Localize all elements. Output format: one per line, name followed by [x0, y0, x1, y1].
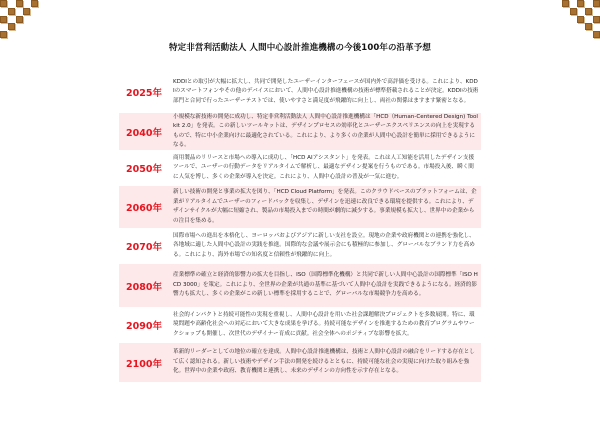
timeline-row: 2100年 革新的リーダーとしての地位の確立を達成。人間中心設計推進機構は、技術… [119, 343, 481, 382]
corner-pattern-right [564, 0, 600, 42]
timeline-description: 革新的リーダーとしての地位の確立を達成。人間中心設計推進機構は、技術と人間中心設… [169, 347, 481, 378]
timeline-year: 2100年 [119, 356, 169, 370]
corner-pattern-left [0, 0, 36, 42]
timeline-description: 社会的インパクトと持続可能性の実現を重視し、人間中心設計を用いた社会課題解決プロ… [169, 310, 481, 341]
timeline-row: 2080年 産業標準の確立と経済的影響力の拡大を目指し、ISO（国際標準化機構）… [119, 264, 481, 307]
timeline-row: 2040年 小規模な新技術の開発に成功し、特定非営利活動法人 人間中心設計推進機… [119, 113, 481, 150]
timeline-table: 2025年 KDDIとの取引が大幅に拡大し、共同で開発したユーザーインターフェー… [119, 71, 481, 382]
timeline-description: 小規模な新技術の開発に成功し、特定非営利活動法人 人間中心設計推進機構は「HCD… [169, 112, 481, 152]
timeline-row: 2050年 商用製品のリリースと市場への導入に成功し、「HCD AIアシスタント… [119, 150, 481, 186]
page-title: 特定非営利活動法人 人間中心設計推進機構の今後100年の沿革予想 [0, 41, 600, 53]
timeline-year: 2025年 [119, 85, 169, 99]
timeline-year: 2050年 [119, 161, 169, 175]
timeline-row: 2060年 新しい技術の開発と事業の拡大を図り、「HCD Cloud Platf… [119, 186, 481, 228]
timeline-row: 2025年 KDDIとの取引が大幅に拡大し、共同で開発したユーザーインターフェー… [119, 71, 481, 113]
timeline-year: 2070年 [119, 239, 169, 253]
timeline-description: 国際市場への進出を本格化し、ヨーロッパおよびアジアに新しい支社を設立。現地の企業… [169, 231, 481, 262]
timeline-year: 2090年 [119, 318, 169, 332]
timeline-row: 2090年 社会的インパクトと持続可能性の実現を重視し、人間中心設計を用いた社会… [119, 307, 481, 343]
timeline-description: 産業標準の確立と経済的影響力の拡大を目指し、ISO（国際標準化機構）と共同で新し… [169, 270, 481, 301]
timeline-row: 2070年 国際市場への進出を本格化し、ヨーロッパおよびアジアに新しい支社を設立… [119, 228, 481, 264]
timeline-year: 2060年 [119, 200, 169, 214]
timeline-description: KDDIとの取引が大幅に拡大し、共同で開発したユーザーインターフェースが国内外で… [169, 77, 481, 108]
timeline-description: 新しい技術の開発と事業の拡大を図り、「HCD Cloud Platform」を発… [169, 187, 481, 227]
timeline-year: 2080年 [119, 279, 169, 293]
timeline-year: 2040年 [119, 125, 169, 139]
timeline-description: 商用製品のリリースと市場への導入に成功し、「HCD AIアシスタント」を発表。こ… [169, 153, 481, 184]
